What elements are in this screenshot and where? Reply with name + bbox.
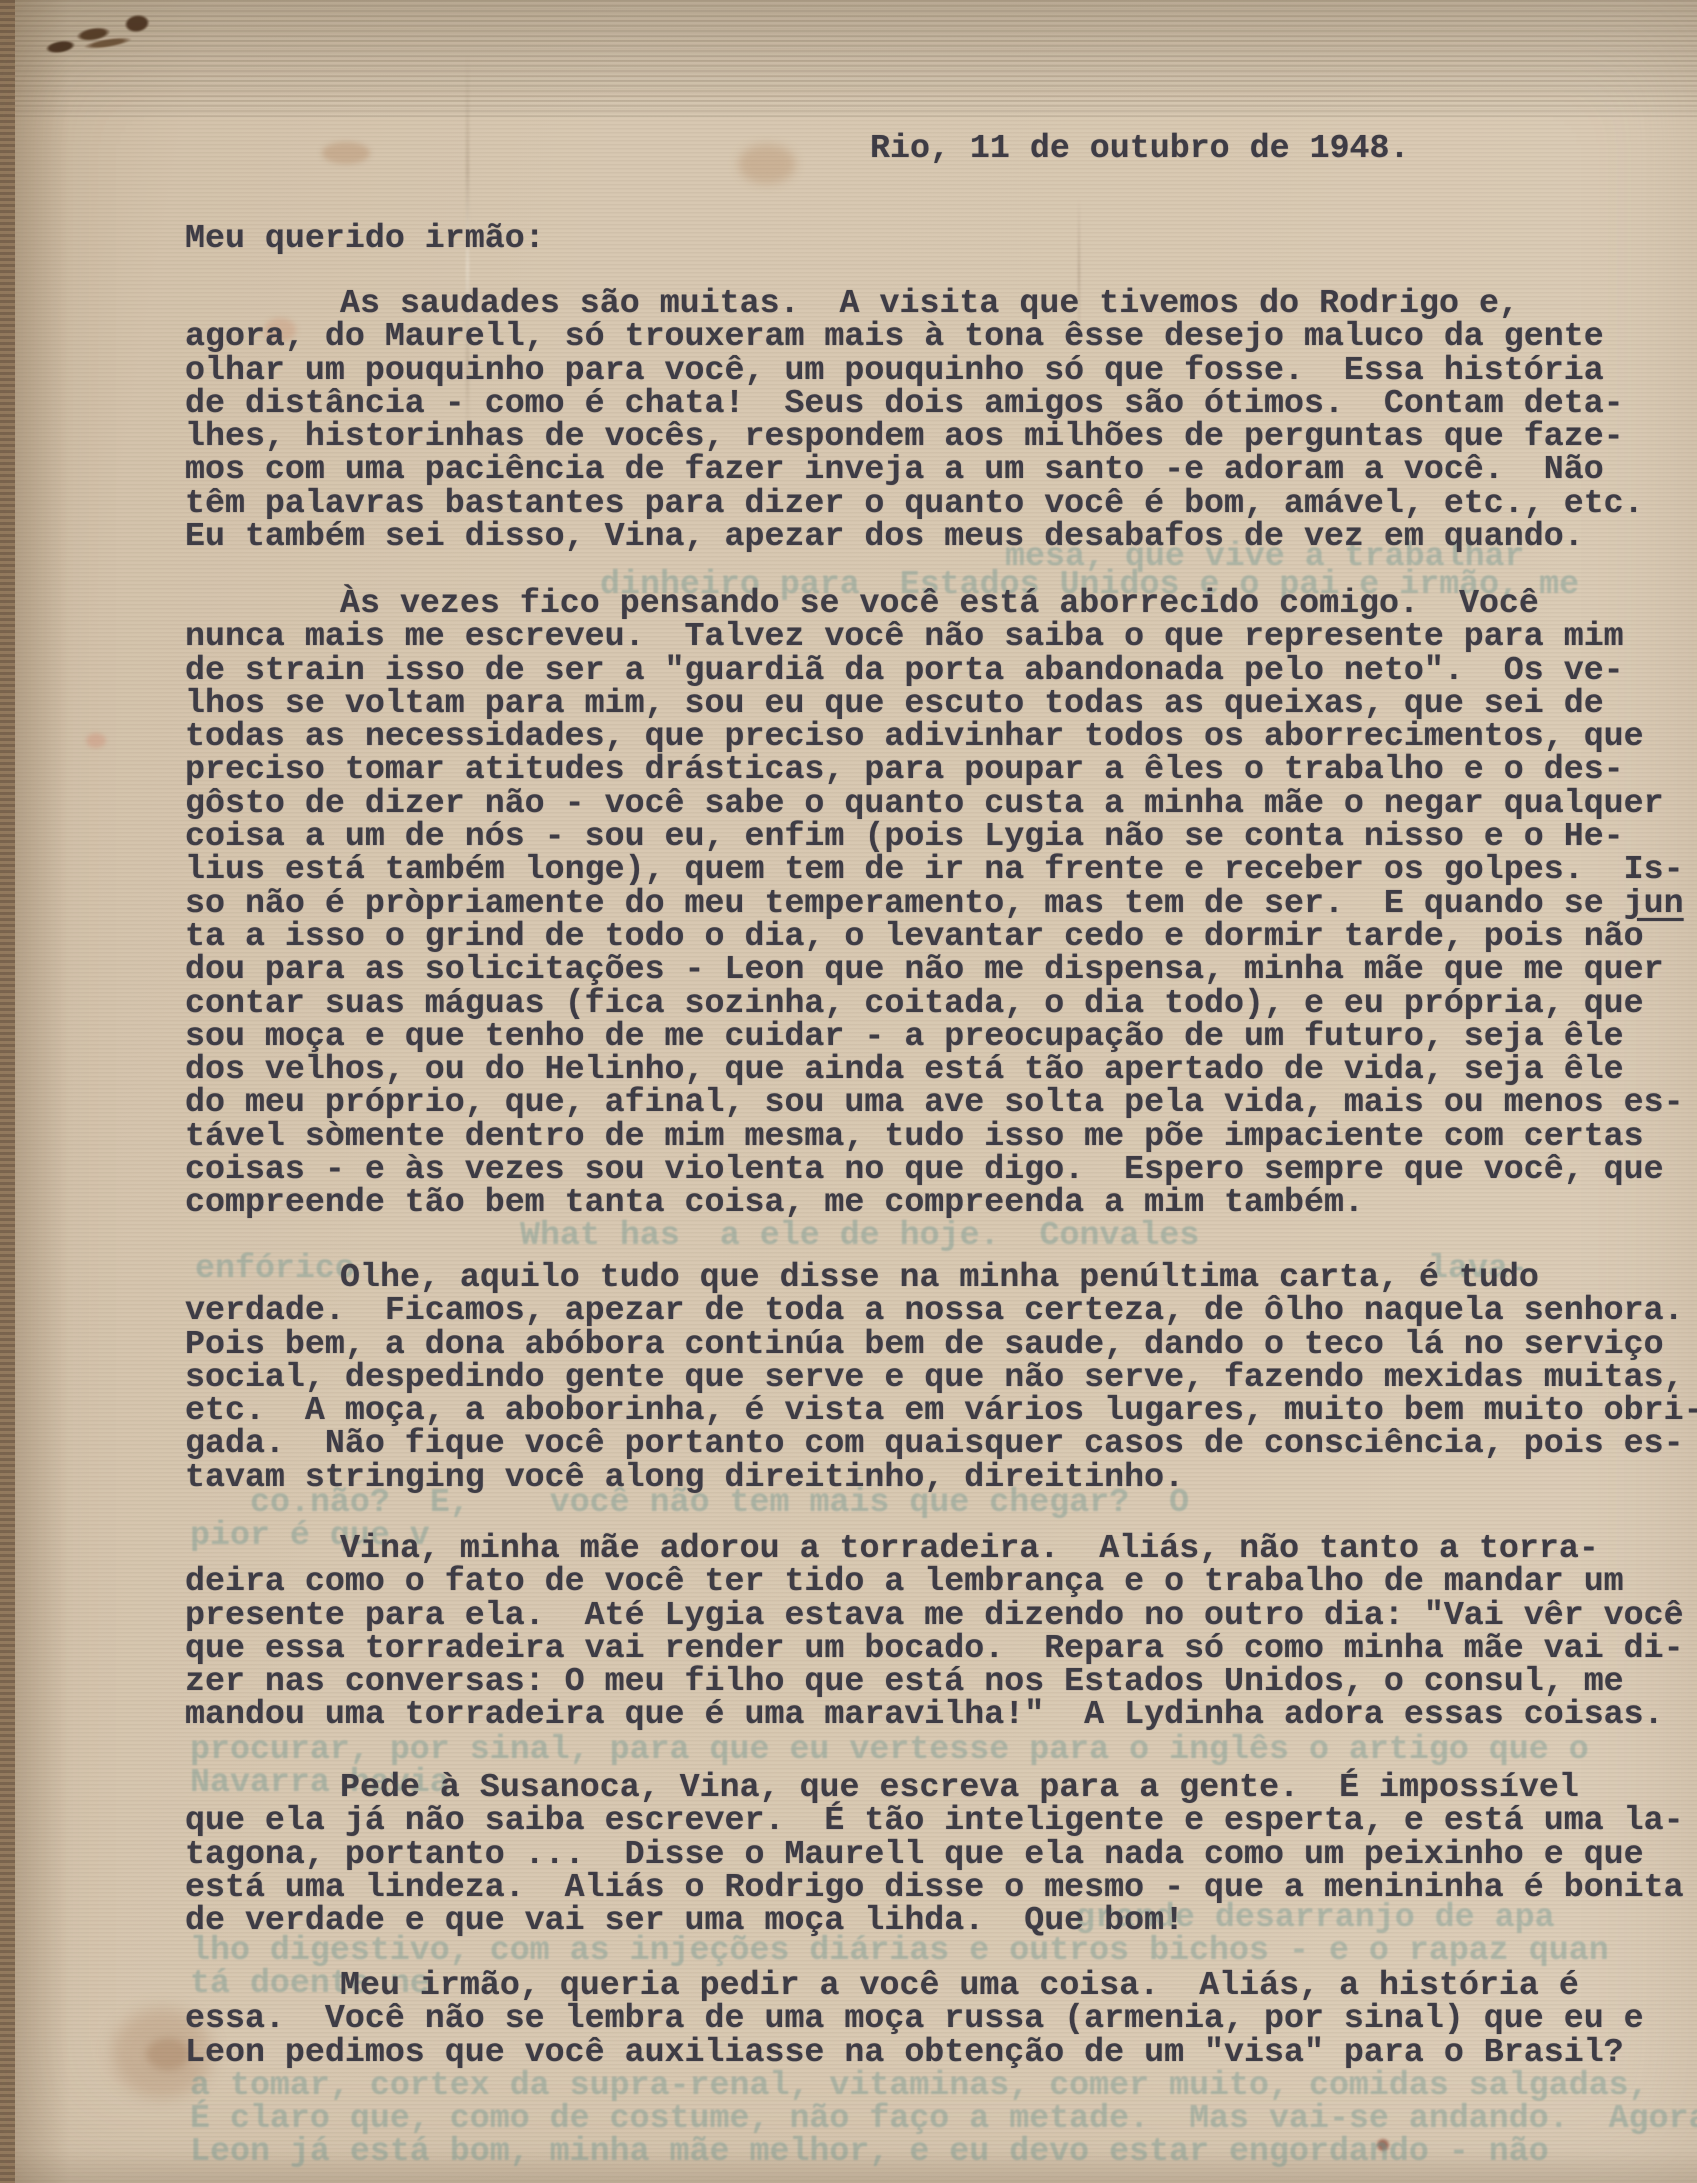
typed-line: mandou uma torradeira que é uma maravilh… — [185, 1698, 1697, 1731]
typed-line: está uma lindeza. Aliás o Rodrigo disse … — [185, 1871, 1697, 1904]
letter-page: mesa, que vive a trabalhardinheiro para … — [0, 0, 1697, 2183]
typed-line: compreende tão bem tanta coisa, me compr… — [185, 1186, 1697, 1219]
paragraph-2: Às vezes fico pensando se você está abor… — [185, 587, 1697, 1220]
typed-line: sou moça e que tenho de me cuidar - a pr… — [185, 1020, 1697, 1053]
typed-line: Às vezes fico pensando se você está abor… — [185, 587, 1697, 620]
typed-line: coisas - e às vezes sou violenta no que … — [185, 1153, 1697, 1186]
paragraph-5: Pede à Susanoca, Vina, que escreva para … — [185, 1771, 1697, 1937]
typed-line: do meu próprio, que, afinal, sou uma ave… — [185, 1086, 1697, 1119]
typed-line: lhes, historinhas de vocês, respondem ao… — [185, 420, 1697, 453]
typed-line: Leon pedimos que você auxiliasse na obte… — [185, 2036, 1697, 2069]
typed-line: de verdade e que vai ser uma moça lihda.… — [185, 1904, 1697, 1937]
typed-line: deira como o fato de você ter tido a lem… — [185, 1565, 1697, 1598]
typed-line: essa. Você não se lembra de uma moça rus… — [185, 2002, 1697, 2035]
typed-text-layer: Rio, 11 de outubro de 1948. Meu querido … — [0, 0, 1697, 2183]
typed-line: gôsto de dizer não - você sabe o quanto … — [185, 787, 1697, 820]
typed-line: Pois bem, a dona abóbora continúa bem de… — [185, 1328, 1697, 1361]
underlined-text: jun — [1624, 884, 1684, 922]
paragraph-1: As saudades são muitas. A visita que tiv… — [185, 287, 1697, 553]
salutation: Meu querido irmão: — [185, 222, 545, 255]
typed-line: que ela já não saiba escrever. É tão int… — [185, 1804, 1697, 1837]
typed-line: ta a isso o grind de todo o dia, o levan… — [185, 920, 1697, 953]
typed-line: tável sòmente dentro de mim mesma, tudo … — [185, 1120, 1697, 1153]
typed-line: Meu irmão, queria pedir a você uma coisa… — [185, 1969, 1697, 2002]
typed-line: coisa a um de nós - sou eu, enfim (pois … — [185, 820, 1697, 853]
typed-line: lhos se voltam para mim, sou eu que escu… — [185, 687, 1697, 720]
typed-line: contar suas máguas (fica sozinha, coitad… — [185, 987, 1697, 1020]
paragraph-6: Meu irmão, queria pedir a você uma coisa… — [185, 1969, 1697, 2069]
typed-line: têm palavras bastantes para dizer o quan… — [185, 487, 1697, 520]
paragraph-3: Olhe, aquilo tudo que disse na minha pen… — [185, 1261, 1697, 1494]
typed-line: agora, do Maurell, só trouxeram mais à t… — [185, 320, 1697, 353]
typed-line: presente para ela. Até Lygia estava me d… — [185, 1599, 1697, 1632]
typed-line: preciso tomar atitudes drásticas, para p… — [185, 753, 1697, 786]
typed-line: nunca mais me escreveu. Talvez você não … — [185, 620, 1697, 653]
typed-line: todas as necessidades, que preciso adivi… — [185, 720, 1697, 753]
typed-line: etc. A moça, a aboborinha, é vista em vá… — [185, 1394, 1697, 1427]
typed-line: As saudades são muitas. A visita que tiv… — [185, 287, 1697, 320]
typed-line: tavam stringing você along direitinho, d… — [185, 1461, 1697, 1494]
typed-line: zer nas conversas: O meu filho que está … — [185, 1665, 1697, 1698]
typed-line: mos com uma paciência de fazer inveja a … — [185, 453, 1697, 486]
typed-line: que essa torradeira vai render um bocado… — [185, 1632, 1697, 1665]
typed-line: de strain isso de ser a "guardiã da port… — [185, 654, 1697, 687]
typed-line: social, despedindo gente que serve e que… — [185, 1361, 1697, 1394]
typed-line: dos velhos, ou do Helinho, que ainda est… — [185, 1053, 1697, 1086]
typed-line: lius está também longe), quem tem de ir … — [185, 853, 1697, 886]
paragraph-4: Vina, minha mãe adorou a torradeira. Ali… — [185, 1532, 1697, 1732]
typed-line: olhar um pouquinho para você, um pouquin… — [185, 354, 1697, 387]
typed-line: Pede à Susanoca, Vina, que escreva para … — [185, 1771, 1697, 1804]
typed-line: verdade. Ficamos, apezar de toda a nossa… — [185, 1294, 1697, 1327]
typed-line: Olhe, aquilo tudo que disse na minha pen… — [185, 1261, 1697, 1294]
typed-line: so não é pròpriamente do meu temperament… — [185, 887, 1697, 920]
date-line: Rio, 11 de outubro de 1948. — [870, 132, 1410, 165]
typed-line: dou para as solicitações - Leon que não … — [185, 953, 1697, 986]
typed-line: de distância - como é chata! Seus dois a… — [185, 387, 1697, 420]
typed-line: tagona, portanto ... Disse o Maurell que… — [185, 1838, 1697, 1871]
typed-line: gada. Não fique você portanto com quaisq… — [185, 1427, 1697, 1460]
typed-line: Vina, minha mãe adorou a torradeira. Ali… — [185, 1532, 1697, 1565]
typed-line: Eu também sei disso, Vina, apezar dos me… — [185, 520, 1697, 553]
